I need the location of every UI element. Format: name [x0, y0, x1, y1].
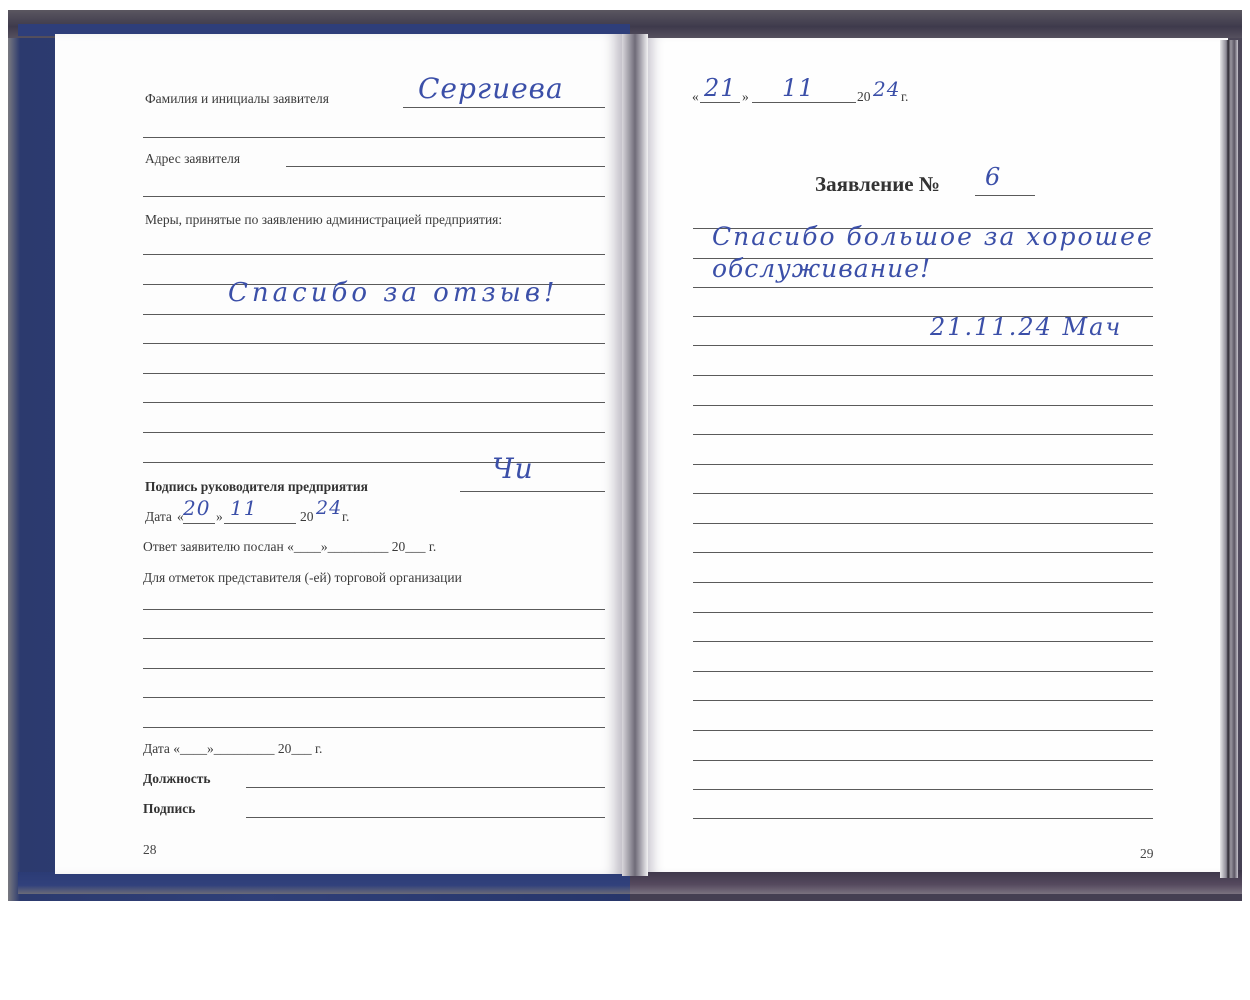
- date-day-handwritten: 20: [183, 496, 210, 520]
- statement-line: [693, 287, 1153, 288]
- measures-handwritten: Спасибо за отзыв!: [228, 278, 558, 308]
- date-day-line: [183, 523, 215, 524]
- book-cover-bottom-left: [18, 872, 630, 894]
- signature-line: [246, 817, 605, 818]
- statement-line: [693, 730, 1153, 731]
- header-date-g: г.: [901, 89, 908, 105]
- header-date-open-quote: «: [692, 89, 699, 105]
- header-date-month-handwritten: 11: [782, 74, 815, 102]
- measures-line: [143, 462, 605, 463]
- statement-line: [693, 464, 1153, 465]
- date-year-handwritten: 24: [316, 497, 342, 519]
- date-label: Дата: [145, 509, 172, 525]
- applicant-address-label: Адрес заявителя: [145, 151, 240, 167]
- statement-title: Заявление №: [815, 172, 940, 197]
- statement-line: [693, 434, 1153, 435]
- statement-line: [693, 552, 1153, 553]
- manager-signature-label: Подпись руководителя предприятия: [145, 479, 368, 495]
- statement-line: [693, 375, 1153, 376]
- measures-line: [143, 373, 605, 374]
- date-year-prefix: 20: [300, 509, 314, 525]
- measures-line: [143, 343, 605, 344]
- position-line: [246, 787, 605, 788]
- date-month-line: [224, 523, 296, 524]
- statement-line: [693, 612, 1153, 613]
- statement-line: [693, 671, 1153, 672]
- measures-line: [143, 254, 605, 255]
- header-date-year-prefix: 20: [857, 89, 871, 105]
- bottom-date-label: Дата «____»_________ 20___ г.: [143, 741, 322, 757]
- header-date-close-quote: »: [742, 89, 749, 105]
- page-number-left: 28: [143, 842, 157, 858]
- applicant-name-label: Фамилия и инициалы заявителя: [145, 91, 329, 107]
- trade-org-label: Для отметок представителя (-ей) торговой…: [143, 570, 462, 586]
- trade-org-line: [143, 727, 605, 728]
- statement-number-line: [975, 195, 1035, 196]
- manager-signature-line: [460, 491, 605, 492]
- trade-org-line: [143, 638, 605, 639]
- statement-text-line-2: обслуживание!: [712, 254, 931, 283]
- header-date-day-handwritten: 21: [704, 74, 737, 102]
- applicant-address-line-2: [143, 196, 605, 197]
- applicant-name-line: [403, 107, 605, 108]
- statement-line: [693, 405, 1153, 406]
- statement-line: [693, 493, 1153, 494]
- reply-sent-label: Ответ заявителю послан «____»_________ 2…: [143, 539, 436, 555]
- date-month-handwritten: 11: [230, 496, 257, 520]
- header-date-year-handwritten: 24: [873, 77, 900, 101]
- applicant-name-line-2: [143, 137, 605, 138]
- page-stack-edge: [1220, 40, 1238, 878]
- applicant-address-line: [286, 166, 605, 167]
- manager-signature-handwritten: Чи: [492, 452, 534, 485]
- book-spine: [622, 34, 648, 876]
- statement-line: [693, 700, 1153, 701]
- statement-line: [693, 582, 1153, 583]
- date-year-suffix: г.: [342, 509, 349, 525]
- statement-line: [693, 789, 1153, 790]
- trade-org-line: [143, 697, 605, 698]
- measures-line: [143, 402, 605, 403]
- book-cover-bottom-right: [630, 870, 1242, 894]
- statement-line: [693, 523, 1153, 524]
- applicant-name-handwritten: Сергиева: [418, 72, 564, 105]
- measures-line: [143, 432, 605, 433]
- header-date-day-line: [700, 102, 740, 103]
- statement-line: [693, 760, 1153, 761]
- position-label: Должность: [143, 771, 211, 787]
- date-close-quote: »: [216, 509, 223, 525]
- statement-signature-date: 21.11.24 Мач: [930, 313, 1122, 341]
- statement-text-line-1: Спасибо большое за хорошее: [712, 222, 1154, 251]
- measures-label: Меры, принятые по заявлению администраци…: [145, 212, 502, 228]
- left-page: [55, 34, 622, 874]
- statement-number-handwritten: 6: [985, 163, 1001, 191]
- trade-org-line: [143, 668, 605, 669]
- trade-org-line: [143, 609, 605, 610]
- measures-line: [143, 314, 605, 315]
- right-page: [648, 38, 1228, 872]
- statement-line: [693, 641, 1153, 642]
- page-number-right: 29: [1140, 846, 1154, 862]
- signature-label: Подпись: [143, 801, 195, 817]
- statement-line: [693, 345, 1153, 346]
- statement-line: [693, 818, 1153, 819]
- header-date-month-line: [752, 102, 856, 103]
